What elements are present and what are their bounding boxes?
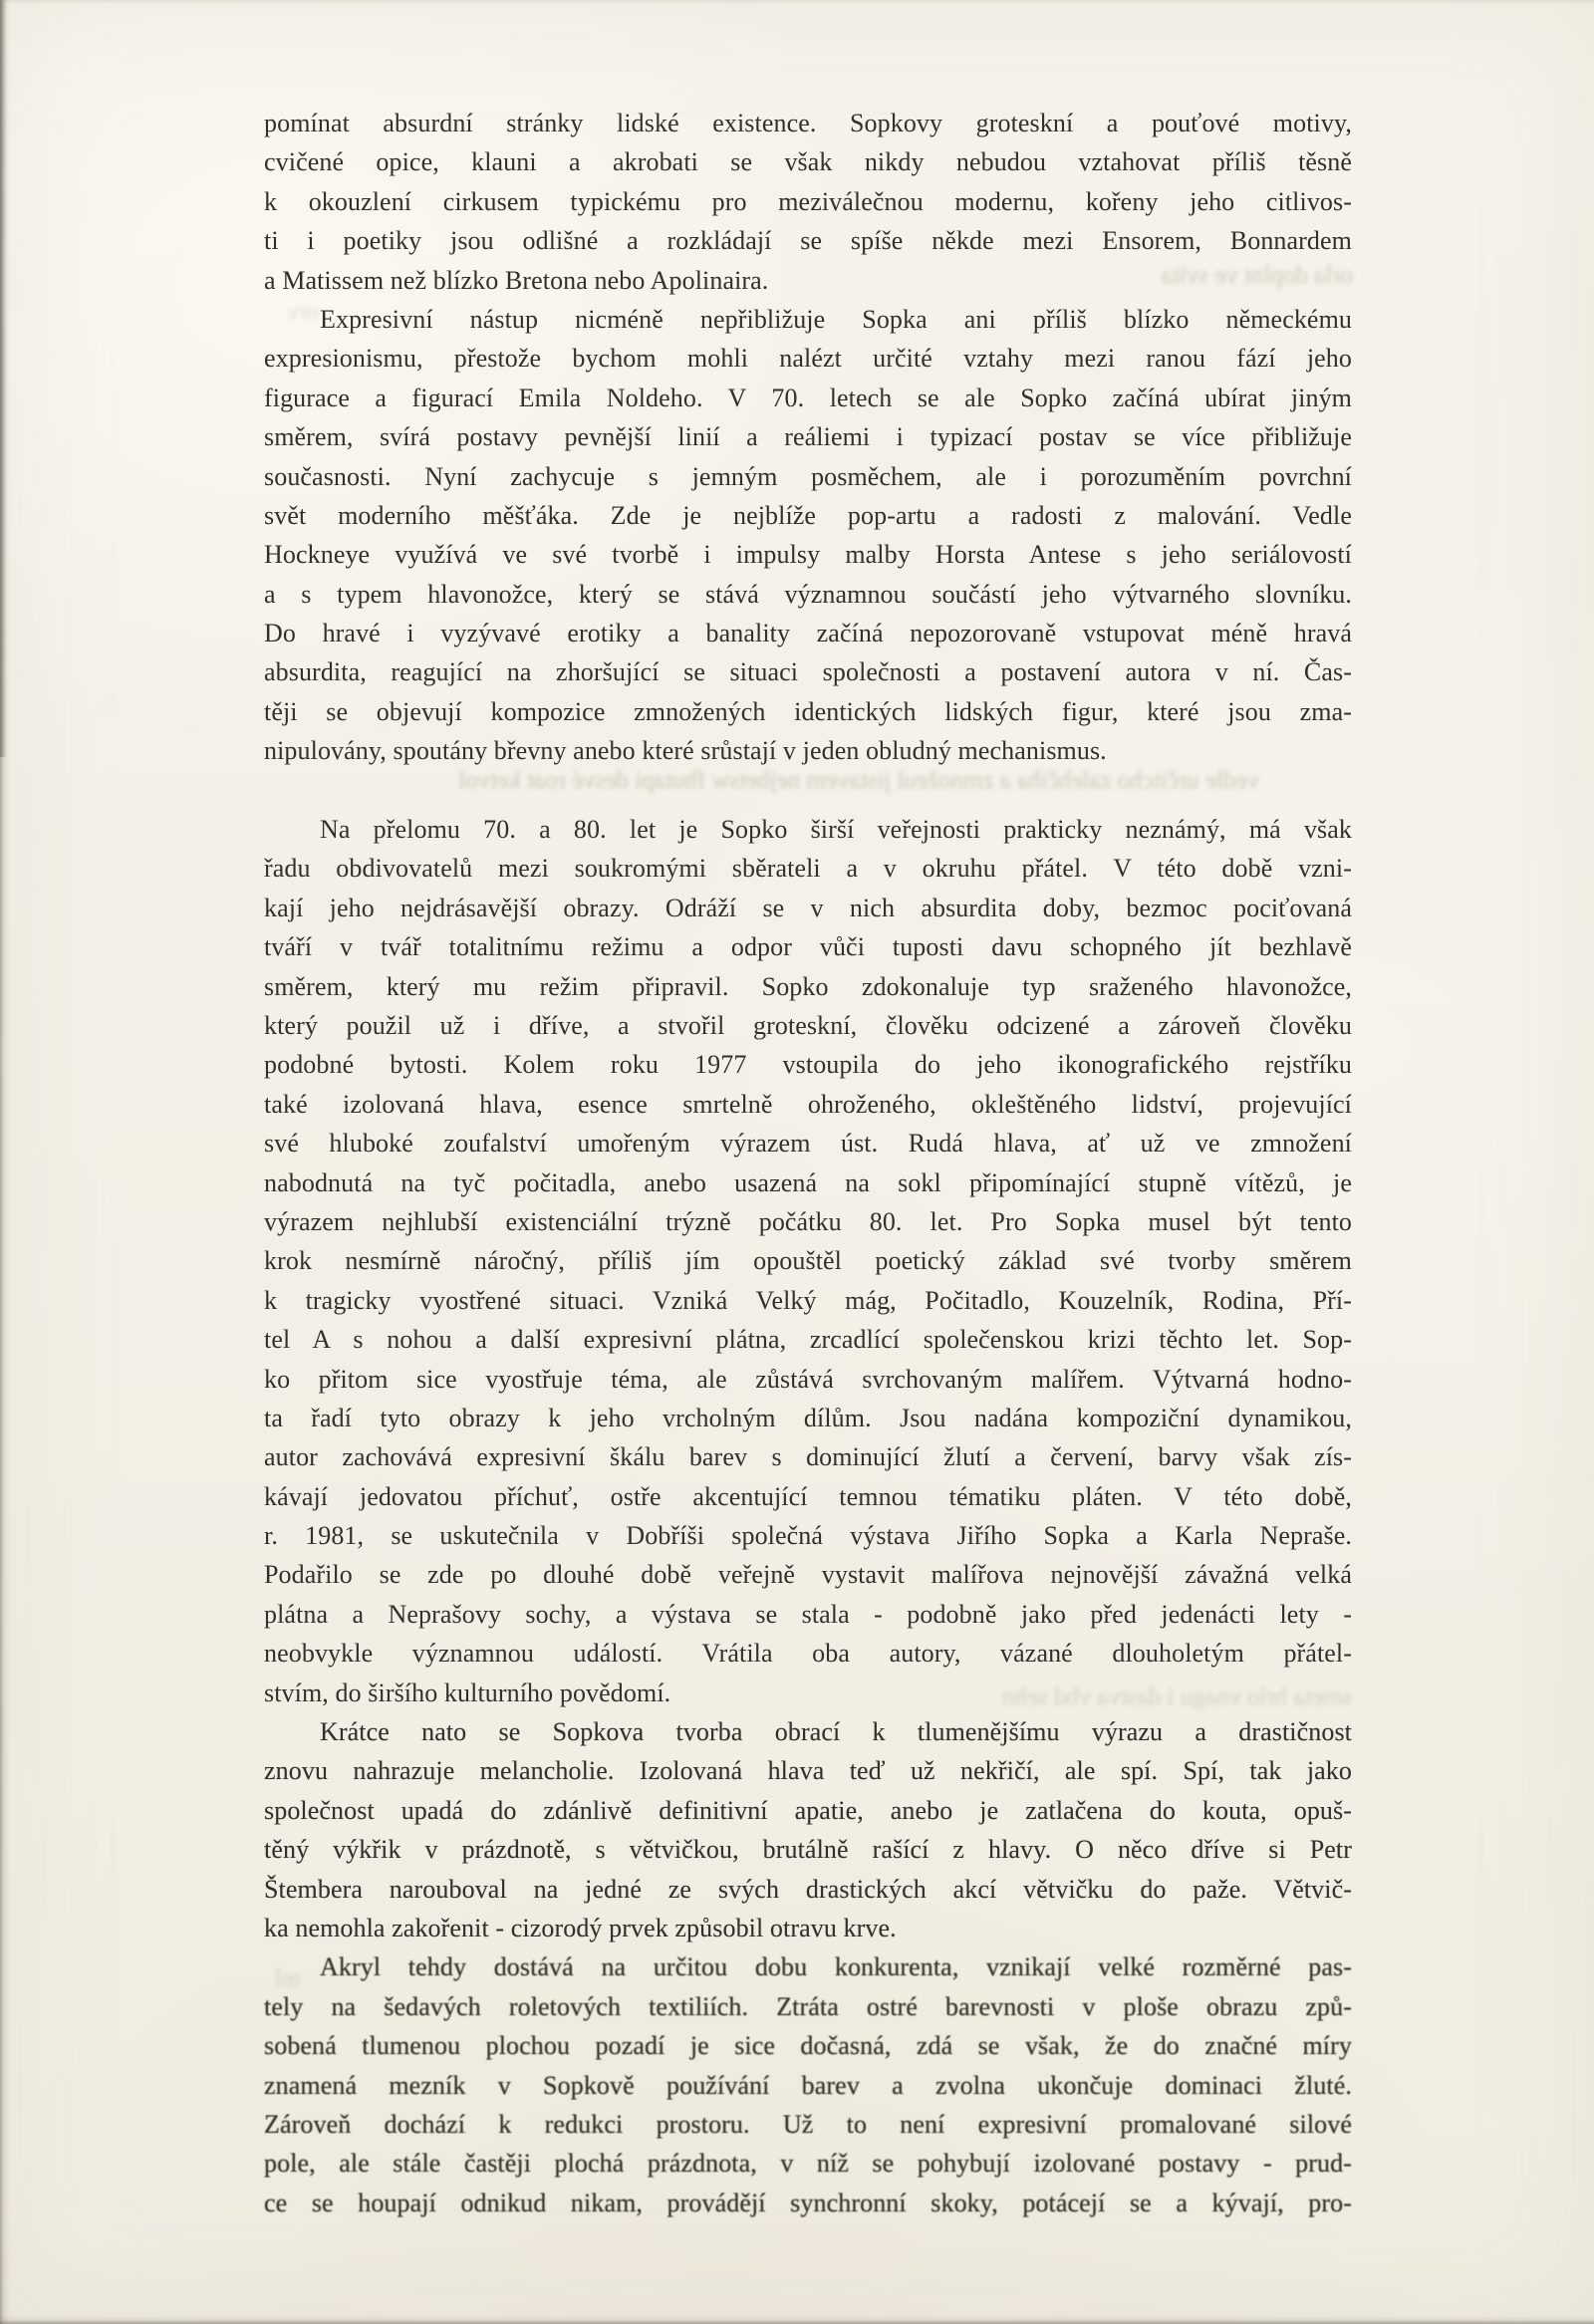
paragraph: pomínat absurdní stránky lidské existenc… <box>264 104 1352 300</box>
text-line: a s typem hlavonožce, který se stává výz… <box>264 575 1352 614</box>
text-line: řadu obdivovatelů mezi soukromými sběrat… <box>264 849 1352 888</box>
text-line: těný výkřik v prázdnotě, s větvičkou, br… <box>264 1830 1352 1869</box>
text-line: ta řadí tyto obrazy k jeho vrcholným díl… <box>264 1399 1352 1437</box>
text-line: společnost upadá do zdánlivě definitivní… <box>264 1791 1352 1830</box>
text-line: své hluboké zoufalství umořeným výrazem … <box>264 1124 1352 1162</box>
text-line: těji se objevují kompozice zmnožených id… <box>264 692 1352 731</box>
text-line: plátna a Neprašovy sochy, a výstava se s… <box>264 1595 1352 1634</box>
text-line: Zároveň dochází k redukci prostoru. Už t… <box>264 2105 1352 2144</box>
text-line: který použil už i dříve, a stvořil grote… <box>264 1006 1352 1045</box>
text-line: nabodnutá na tyč počitadla, anebo usazen… <box>264 1163 1352 1202</box>
paragraph: Krátce nato se Sopkova tvorba obrací k t… <box>264 1712 1352 1947</box>
text-line: Expresivní nástup nicméně nepřibližuje S… <box>264 300 1352 339</box>
text-block: pomínat absurdní stránky lidské existenc… <box>264 104 1352 2222</box>
text-line: znovu nahrazuje melancholie. Izolovaná h… <box>264 1751 1352 1790</box>
text-line: ko přitom sice vyostřuje téma, ale zůstá… <box>264 1360 1352 1399</box>
text-line: současnosti. Nyní zachycuje s jemným pos… <box>264 457 1352 496</box>
text-line: nipulovány, spoutány břevny anebo které … <box>264 731 1352 770</box>
text-line: ce se houpají odnikud nikam, provádějí s… <box>264 2184 1352 2222</box>
top-edge-shadow <box>0 0 1594 4</box>
text-line: a Matissem než blízko Bretona nebo Apoli… <box>264 261 1352 300</box>
text-line: krok nesmírně náročný, příliš jím opoušt… <box>264 1241 1352 1280</box>
text-line: Hockneye využívá ve své tvorbě i impulsy… <box>264 535 1352 574</box>
text-line: Do hravé i vyzývavé erotiky a banality z… <box>264 614 1352 652</box>
text-line: výrazem nejhlubší existenciální trýzně p… <box>264 1202 1352 1241</box>
text-line: ka nemohla zakořenit - cizorodý prvek zp… <box>264 1909 1352 1947</box>
text-line: expresionismu, přestože bychom mohli nal… <box>264 339 1352 378</box>
text-line: sobená tlumenou plochou pozadí je sice d… <box>264 2026 1352 2065</box>
text-line: znamená mezník v Sopkově používání barev… <box>264 2066 1352 2105</box>
text-line: pole, ale stále častěji plochá prázdnota… <box>264 2144 1352 2183</box>
text-line: směrem, svírá postavy pevnější linií a r… <box>264 417 1352 456</box>
text-line: ti i poetiky jsou odlišné a rozkládají s… <box>264 221 1352 260</box>
text-line: pomínat absurdní stránky lidské existenc… <box>264 104 1352 142</box>
left-edge-dark-strip <box>0 0 8 757</box>
bottom-edge-shadow <box>0 2315 1594 2324</box>
text-line: svět moderního měšťáka. Zde je nejblíže … <box>264 496 1352 535</box>
paragraph: Expresivní nástup nicméně nepřibližuje S… <box>264 300 1352 771</box>
scanned-book-page: pomínat absurdní stránky lidské existenc… <box>0 0 1594 2324</box>
text-line: autor zachovává expresivní škálu barev s… <box>264 1437 1352 1476</box>
text-line: také izolovaná hlava, esence smrtelně oh… <box>264 1085 1352 1124</box>
left-edge-shadow <box>0 0 10 2324</box>
text-line: stvím, do širšího kulturního povědomí. <box>264 1674 1352 1712</box>
text-line: tel A s nohou a další expresivní plátna,… <box>264 1320 1352 1359</box>
text-line: k tragicky vyostřené situaci. Vzniká Vel… <box>264 1281 1352 1320</box>
text-line: tváří v tvář totalitnímu režimu a odpor … <box>264 927 1352 966</box>
text-line: kávají jedovatou příchuť, ostře akcentuj… <box>264 1477 1352 1516</box>
text-line: absurdita, reagující na zhoršující se si… <box>264 652 1352 691</box>
text-line: k okouzlení cirkusem typickému pro meziv… <box>264 182 1352 221</box>
text-line: podobné bytosti. Kolem roku 1977 vstoupi… <box>264 1045 1352 1084</box>
text-line: Krátce nato se Sopkova tvorba obrací k t… <box>264 1712 1352 1751</box>
text-line: Štembera narouboval na jedné ze svých dr… <box>264 1870 1352 1909</box>
text-line: r. 1981, se uskutečnila v Dobříši společ… <box>264 1516 1352 1555</box>
text-line: směrem, který mu režim připravil. Sopko … <box>264 967 1352 1006</box>
text-line: kají jeho nejdrásavější obrazy. Odráží s… <box>264 889 1352 927</box>
paragraph: Na přelomu 70. a 80. let je Sopko širší … <box>264 810 1352 1712</box>
text-line: Podařilo se zde po dlouhé době veřejně v… <box>264 1555 1352 1594</box>
text-line: cvičené opice, klauni a akrobati se však… <box>264 142 1352 181</box>
text-line: Na přelomu 70. a 80. let je Sopko širší … <box>264 810 1352 849</box>
text-line: neobvykle významnou událostí. Vrátila ob… <box>264 1634 1352 1673</box>
text-line: tely na šedavých roletových textiliích. … <box>264 1987 1352 2026</box>
paragraph: Akryl tehdy dostává na určitou dobu konk… <box>264 1947 1352 2222</box>
text-line: Akryl tehdy dostává na určitou dobu konk… <box>264 1947 1352 1986</box>
text-line: figurace a figurací Emila Noldeho. V 70.… <box>264 379 1352 417</box>
